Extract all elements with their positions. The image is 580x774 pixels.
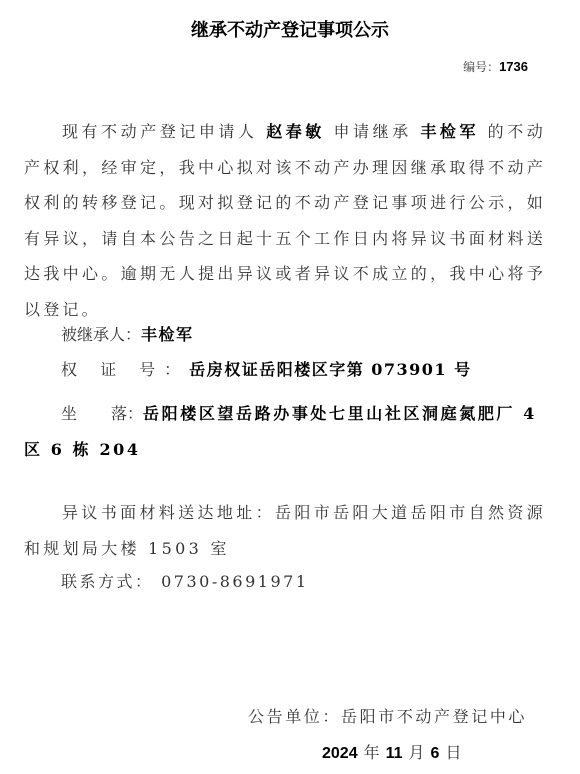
issuing-unit-name: 岳阳市不动产登记中心: [341, 707, 527, 726]
applicant-name: 赵春敏: [266, 122, 325, 141]
document-title: 继承不动产登记事项公示: [0, 16, 580, 42]
date-month-unit: 月: [409, 743, 425, 762]
contact-label: 联系方式：: [61, 572, 154, 591]
notice-text-part-2: 申请继承: [325, 122, 421, 141]
document-number: 编号：1736: [463, 58, 528, 75]
document-number-value: 1736: [499, 59, 528, 74]
location-label-2: 落：: [111, 404, 143, 423]
decedent-value: 丰检军: [141, 325, 194, 344]
field-decedent: 被继承人：丰检军: [61, 322, 194, 345]
document-number-label: 编号：: [463, 60, 499, 74]
date-year: 2024: [322, 745, 358, 762]
notice-paragraph: 现有不动产登记申请人 赵春敏 申请继承 丰检军 的不动产权利，经审定，我中心拟对…: [24, 114, 546, 327]
date-day: 6: [431, 745, 440, 762]
objection-address: 异议书面材料送达地址：岳阳市岳阳大道岳阳市自然资源和规划局大楼 1503 室: [24, 495, 546, 566]
field-location: 坐落：岳阳楼区望岳路办事处七里山社区洞庭氮肥厂 4 区 6 栋 204: [24, 396, 554, 468]
certificate-value: 岳房权证岳阳楼区字第 073901 号: [189, 360, 471, 379]
field-contact: 联系方式： 0730-8691971: [61, 569, 309, 592]
location-label-1: 坐: [61, 396, 111, 432]
date-day-unit: 日: [445, 743, 461, 762]
notice-text-part-3: 的不动产权利，经审定，我中心拟对该不动产办理因继承取得不动产权利的转移登记。现对…: [24, 122, 546, 319]
decedent-name: 丰检军: [420, 122, 479, 141]
certificate-label: 权 证 号：: [61, 360, 189, 379]
issuing-unit: 公告单位：岳阳市不动产登记中心: [248, 704, 527, 727]
contact-phone: 0730-8691971: [161, 572, 308, 591]
field-certificate: 权 证 号：岳房权证岳阳楼区字第 073901 号: [61, 357, 472, 380]
date-year-unit: 年: [364, 743, 380, 762]
issue-date: 2024年11月6日: [322, 740, 467, 763]
decedent-label: 被继承人：: [61, 325, 141, 344]
notice-text-part-1: 现有不动产登记申请人: [62, 122, 266, 141]
date-month: 11: [386, 745, 403, 762]
issuing-unit-label: 公告单位：: [248, 707, 341, 726]
